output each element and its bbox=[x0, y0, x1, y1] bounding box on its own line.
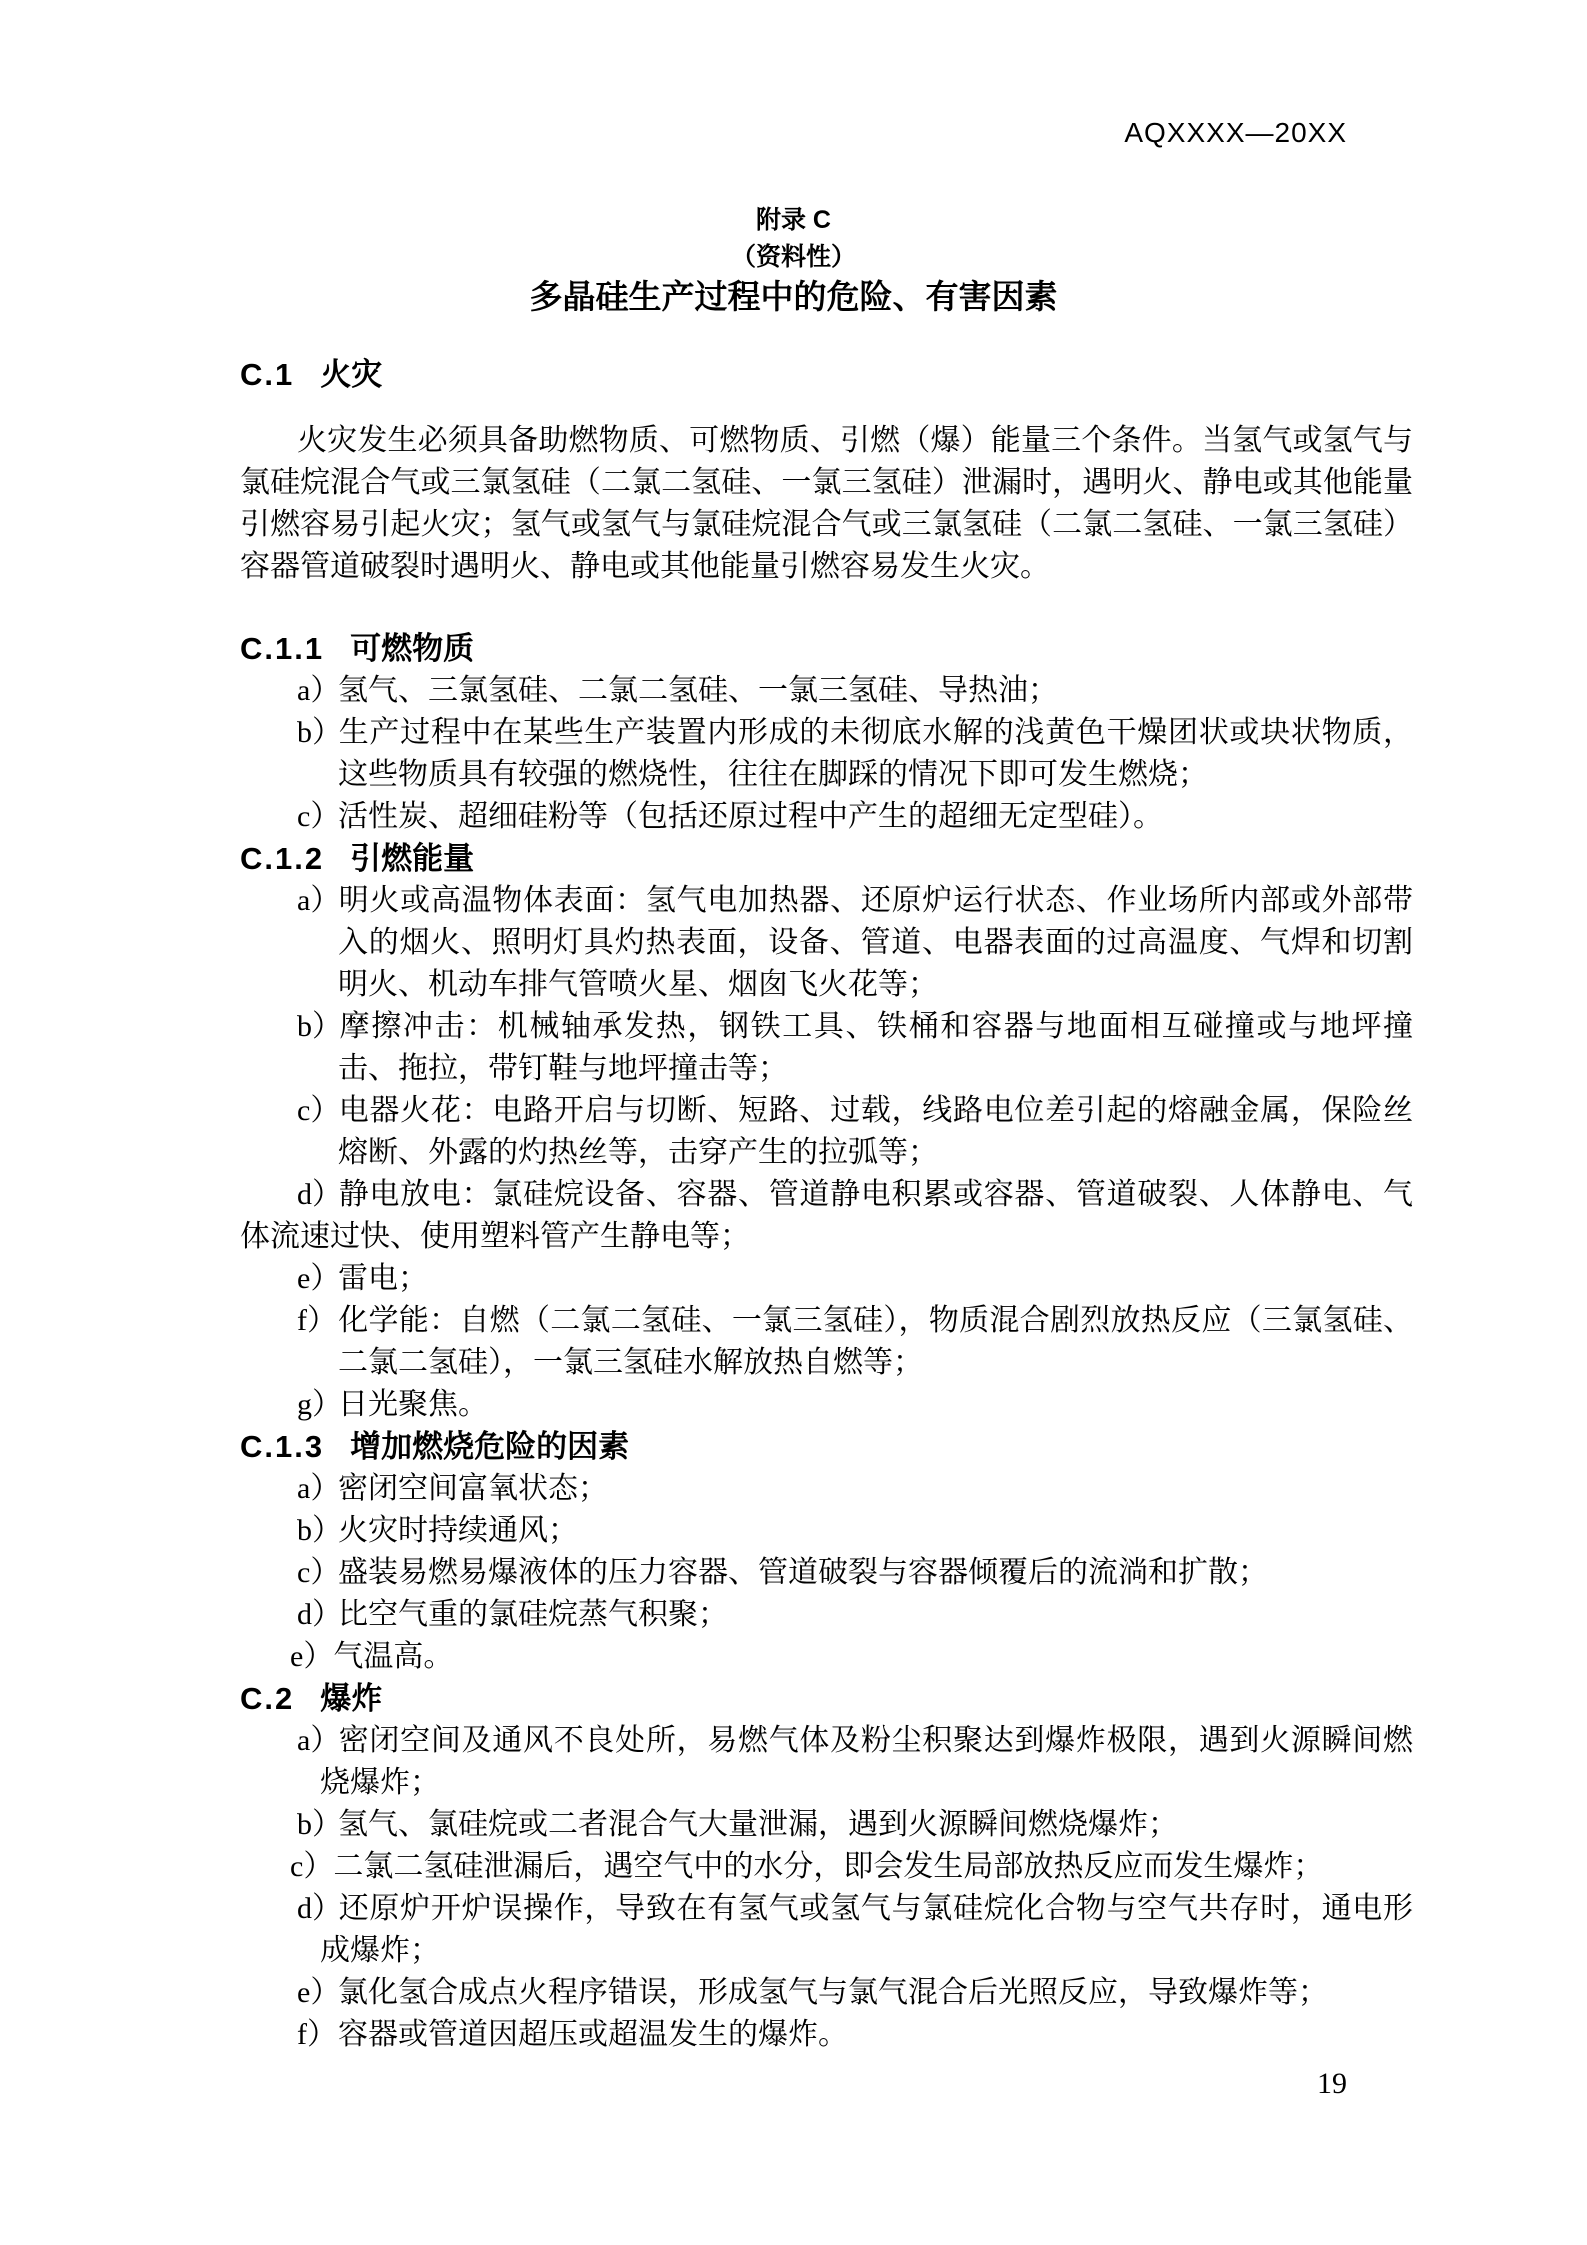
list-item: g）日光聚焦。 bbox=[240, 1384, 1413, 1426]
item-marker: c） bbox=[297, 1090, 338, 1132]
item-text: 比空气重的氯硅烷蒸气积聚； bbox=[338, 1598, 728, 1631]
item-text: 火灾时持续通风； bbox=[338, 1514, 578, 1547]
item-marker: b） bbox=[297, 1804, 338, 1846]
list-item: c）电器火花：电路开启与切断、短路、过载，线路电位差引起的熔融金属，保险丝熔断、… bbox=[240, 1090, 1413, 1174]
item-text: 二氯二氢硅泄漏后，遇空气中的水分，即会发生局部放热反应而发生爆炸； bbox=[333, 1850, 1323, 1883]
clause-paragraph: 火灾发生必须具备助燃物质、可燃物质、引燃（爆）能量三个条件。当氢气或氢气与氯硅烷… bbox=[240, 420, 1413, 588]
item-marker: b） bbox=[297, 1006, 338, 1048]
list-item: c）二氯二氢硅泄漏后，遇空气中的水分，即会发生局部放热反应而发生爆炸； bbox=[240, 1846, 1413, 1888]
list-item: a）密闭空间及通风不良处所，易燃气体及粉尘积聚达到爆炸极限，遇到火源瞬间燃烧爆炸… bbox=[240, 1720, 1413, 1804]
list-item: a）密闭空间富氧状态； bbox=[240, 1468, 1413, 1510]
item-text: 密闭空间富氧状态； bbox=[338, 1472, 608, 1505]
list-item: b）火灾时持续通风； bbox=[240, 1510, 1413, 1552]
item-marker: c） bbox=[290, 1850, 333, 1883]
item-text: 氢气、三氯氢硅、二氯二氢硅、一氯三氢硅、导热油； bbox=[338, 674, 1058, 707]
item-text: 摩擦冲击：机械轴承发热，钢铁工具、铁桶和容器与地面相互碰撞或与地坪撞击、拖拉，带… bbox=[338, 1010, 1413, 1085]
item-marker: a） bbox=[297, 670, 338, 712]
list-item: e）氯化氢合成点火程序错误，形成氢气与氯气混合后光照反应，导致爆炸等； bbox=[240, 1972, 1413, 2014]
item-marker: d） bbox=[297, 1594, 338, 1636]
item-text: 盛装易燃易爆液体的压力容器、管道破裂与容器倾覆后的流淌和扩散； bbox=[338, 1556, 1268, 1589]
item-marker: b） bbox=[297, 1510, 338, 1552]
item-marker: f） bbox=[297, 2014, 338, 2056]
list-item: a）明火或高温物体表面：氢气电加热器、还原炉运行状态、作业场所内部或外部带入的烟… bbox=[240, 880, 1413, 1006]
list-item: b）生产过程中在某些生产装置内形成的未彻底水解的浅黄色干燥团状或块状物质，这些物… bbox=[240, 712, 1413, 796]
clause-title: 可燃物质 bbox=[350, 631, 474, 666]
appendix-subject: 多晶硅生产过程中的危险、有害因素 bbox=[0, 276, 1587, 318]
item-text: 密闭空间及通风不良处所，易燃气体及粉尘积聚达到爆炸极限，遇到火源瞬间燃烧爆炸； bbox=[320, 1724, 1413, 1799]
item-marker: c） bbox=[297, 1552, 338, 1594]
clause-title: 爆炸 bbox=[320, 1681, 382, 1716]
list-item: b）氢气、氯硅烷或二者混合气大量泄漏，遇到火源瞬间燃烧爆炸； bbox=[240, 1804, 1413, 1846]
item-marker: d） bbox=[297, 1888, 338, 1930]
item-marker: b） bbox=[297, 712, 338, 754]
clause-number: C.1 bbox=[240, 357, 294, 392]
document-code: AQXXXX—20XX bbox=[0, 0, 1587, 148]
item-text: 气温高。 bbox=[333, 1640, 453, 1673]
list-item: f）化学能：自燃（二氯二氢硅、一氯三氢硅），物质混合剧烈放热反应（三氯氢硅、二氯… bbox=[240, 1300, 1413, 1384]
item-text: 氯化氢合成点火程序错误，形成氢气与氯气混合后光照反应，导致爆炸等； bbox=[338, 1976, 1328, 2009]
clause-number: C.1.1 bbox=[240, 631, 324, 666]
list-item: d）静电放电：氯硅烷设备、容器、管道静电积累或容器、管道破裂、人体静电、气体流速… bbox=[240, 1174, 1413, 1258]
document-page: AQXXXX—20XX 附录 C （资料性） 多晶硅生产过程中的危险、有害因素 … bbox=[0, 0, 1587, 2245]
list-item: c）盛装易燃易爆液体的压力容器、管道破裂与容器倾覆后的流淌和扩散； bbox=[240, 1552, 1413, 1594]
list-item: a）氢气、三氯氢硅、二氯二氢硅、一氯三氢硅、导热油； bbox=[240, 670, 1413, 712]
item-marker: d） bbox=[297, 1174, 338, 1216]
clause-number: C.2 bbox=[240, 1681, 294, 1716]
list-item: f）容器或管道因超压或超温发生的爆炸。 bbox=[240, 2014, 1413, 2056]
item-marker: e） bbox=[297, 1972, 338, 2014]
item-text: 氢气、氯硅烷或二者混合气大量泄漏，遇到火源瞬间燃烧爆炸； bbox=[338, 1808, 1178, 1841]
clause-number: C.1.3 bbox=[240, 1429, 324, 1464]
item-text: 明火或高温物体表面：氢气电加热器、还原炉运行状态、作业场所内部或外部带入的烟火、… bbox=[338, 884, 1413, 1001]
page-number: 19 bbox=[0, 2066, 1347, 2102]
clause-title: 引燃能量 bbox=[350, 841, 474, 876]
clause-heading: C.1.1可燃物质 bbox=[240, 628, 1413, 670]
list-item: c）活性炭、超细硅粉等（包括还原过程中产生的超细无定型硅）。 bbox=[240, 796, 1413, 838]
list-item: e）气温高。 bbox=[240, 1636, 1413, 1678]
item-marker: a） bbox=[297, 1468, 338, 1510]
item-text: 容器或管道因超压或超温发生的爆炸。 bbox=[338, 2018, 848, 2051]
list-item: e）雷电； bbox=[240, 1258, 1413, 1300]
appendix-note: （资料性） bbox=[0, 238, 1587, 276]
clause-title: 火灾 bbox=[320, 357, 382, 392]
item-text: 电器火花：电路开启与切断、短路、过载，线路电位差引起的熔融金属，保险丝熔断、外露… bbox=[338, 1094, 1413, 1169]
item-text: 活性炭、超细硅粉等（包括还原过程中产生的超细无定型硅）。 bbox=[338, 800, 1163, 833]
list-item: d）比空气重的氯硅烷蒸气积聚； bbox=[240, 1594, 1413, 1636]
clause-heading: C.1火灾 bbox=[240, 354, 1413, 396]
item-marker: g） bbox=[297, 1384, 338, 1426]
item-marker: e） bbox=[297, 1258, 338, 1300]
item-text: 化学能：自燃（二氯二氢硅、一氯三氢硅），物质混合剧烈放热反应（三氯氢硅、二氯二氢… bbox=[338, 1304, 1413, 1379]
appendix-title-block: 附录 C （资料性） 多晶硅生产过程中的危险、有害因素 bbox=[0, 202, 1587, 318]
item-text: 雷电； bbox=[338, 1262, 428, 1295]
item-text: 日光聚焦。 bbox=[338, 1388, 488, 1421]
clause-heading: C.2爆炸 bbox=[240, 1678, 1413, 1720]
clause-title: 增加燃烧危险的因素 bbox=[350, 1429, 629, 1464]
clause-heading: C.1.2引燃能量 bbox=[240, 838, 1413, 880]
clause-number: C.1.2 bbox=[240, 841, 324, 876]
item-marker: c） bbox=[297, 796, 338, 838]
list-item: b）摩擦冲击：机械轴承发热，钢铁工具、铁桶和容器与地面相互碰撞或与地坪撞击、拖拉… bbox=[240, 1006, 1413, 1090]
item-marker: a） bbox=[297, 1720, 338, 1762]
list-item: d）还原炉开炉误操作，导致在有氢气或氢气与氯硅烷化合物与空气共存时，通电形成爆炸… bbox=[240, 1888, 1413, 1972]
item-marker: a） bbox=[297, 880, 338, 922]
appendix-label: 附录 C bbox=[0, 202, 1587, 238]
clause-heading: C.1.3增加燃烧危险的因素 bbox=[240, 1426, 1413, 1468]
item-text: 生产过程中在某些生产装置内形成的未彻底水解的浅黄色干燥团状或块状物质，这些物质具… bbox=[338, 716, 1413, 791]
item-marker: f） bbox=[297, 1300, 338, 1342]
item-text: 还原炉开炉误操作，导致在有氢气或氢气与氯硅烷化合物与空气共存时，通电形成爆炸； bbox=[320, 1892, 1413, 1967]
document-body: C.1火灾火灾发生必须具备助燃物质、可燃物质、引燃（爆）能量三个条件。当氢气或氢… bbox=[0, 354, 1587, 2056]
item-text: 静电放电：氯硅烷设备、容器、管道静电积累或容器、管道破裂、人体静电、气体流速过快… bbox=[240, 1178, 1413, 1253]
item-marker: e） bbox=[290, 1640, 333, 1673]
